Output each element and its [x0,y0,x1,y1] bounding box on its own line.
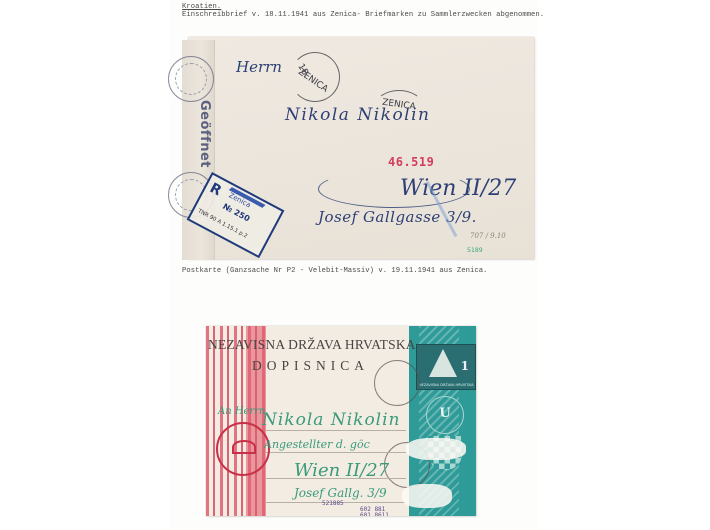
postcard-subtitle: DOPISNICA [252,358,369,374]
purple-mark: 601 8611 [360,512,389,516]
addressee-city: Wien II/27 [400,176,516,201]
recipient-prefix: An Herrn [218,406,265,417]
postmark-icon [374,360,420,406]
addressee-street: Josef Gallgasse 3/9. [318,208,477,226]
recipient-occupation: Angestellter d. göc [264,438,370,451]
ustasha-emblem-icon: U [426,396,464,434]
imprinted-stamp: 1 NEZAVISNA DRŽAVA HRVATSKA [416,344,476,390]
red-censor-marking [206,326,266,516]
stamp-value: 1 [461,359,469,373]
recipient-name: Nikola Nikolin [262,410,401,430]
green-mark: 5189 [467,246,483,254]
paper-damage [402,484,452,508]
registration-letter: R [207,180,224,199]
censor-stamp-icon [168,56,214,102]
postcard-title: NEZAVISNA DRŽAVA HRVATSKA [208,337,416,353]
number-value: 250 [232,208,251,224]
recipient-street: Josef Gallg. 3/9 [294,486,387,500]
mountain-icon [429,349,457,377]
emblem-letter: U [427,406,463,421]
page-heading: Kroatien. [182,3,221,11]
addressee-salutation: Herrn [236,58,282,76]
postal-card: 1 NEZAVISNA DRŽAVA HRVATSKA U NEZAVISNA … [206,326,476,516]
postcard-caption: Postkarte (Ganzsache Nr P2 - Velebit-Mas… [182,267,487,275]
pencil-note: 707 / 9.10 [470,232,506,240]
censor-eagle-stamp-icon [216,422,270,476]
censor-tape-text: Geöffnet [197,100,212,168]
stamp-caption: NEZAVISNA DRŽAVA HRVATSKA [419,383,474,387]
censor-number: 521885 [322,500,344,507]
addressee-name: Nikola Nikolin [285,105,431,125]
address-line [266,430,406,431]
envelope-caption: Einschreibbrief v. 18.11.1941 aus Zenica… [182,11,544,19]
paper-damage [406,438,466,460]
address-line [266,452,406,453]
registration-number: 46.519 [388,155,434,169]
recipient-city: Wien II/27 [294,460,389,481]
